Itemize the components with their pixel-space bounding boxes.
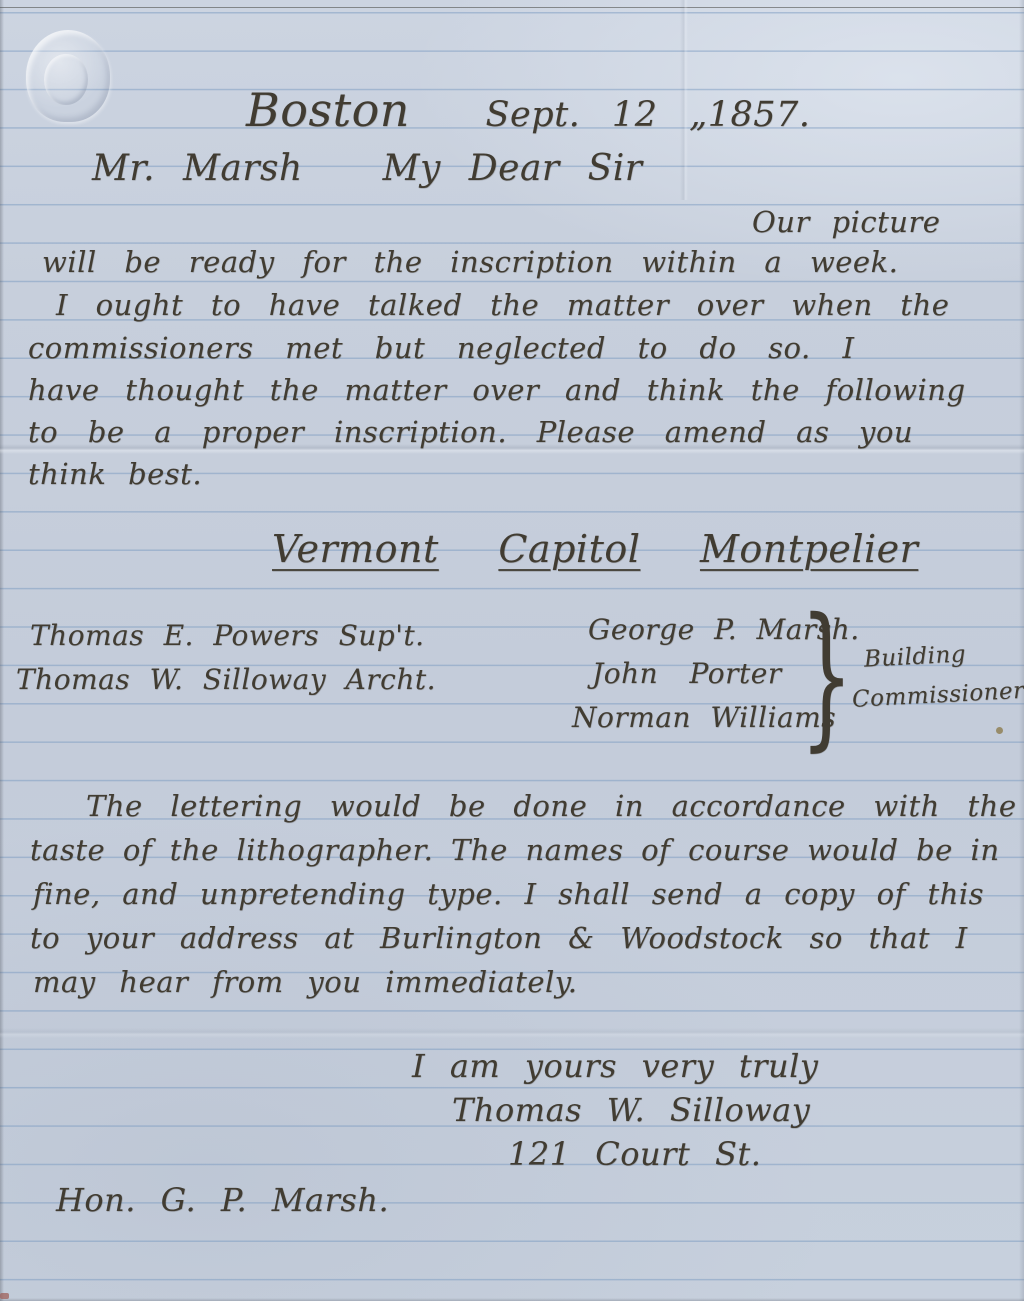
brace-label-commissioners: Commissioners [851, 677, 1024, 713]
closing-signature: Thomas W. Silloway [452, 1092, 810, 1129]
body2-line3: fine, and unpretending type. I shall sen… [33, 878, 984, 911]
body2-line4: to your address at Burlington & Woodstoc… [30, 922, 968, 955]
inscription-word-capitol: Capitol [498, 527, 640, 571]
salutation: Mr. Marsh My Dear Sir [92, 148, 642, 189]
scan-edge-top [0, 0, 1024, 8]
body2-line2: taste of the lithographer. The names of … [30, 834, 1000, 867]
fold-crease-horizontal-lower [0, 1028, 1024, 1038]
dateline: Boston Sept. 12 „1857. [246, 84, 810, 137]
commissioner-williams: Norman Williams [572, 702, 836, 734]
scan-edge-right [1019, 0, 1024, 1301]
body1-line5: have thought the matter over and think t… [28, 374, 966, 407]
closing-line1: I am yours very truly [412, 1048, 818, 1085]
brace-icon: } [800, 598, 853, 753]
closing-address: 121 Court St. [508, 1136, 761, 1173]
body2-line5: may hear from you immediately. [33, 966, 578, 999]
body1-line4: commissioners met but neglected to do so… [28, 332, 854, 365]
letter-page: Boston Sept. 12 „1857. Mr. Marsh My Dear… [0, 0, 1024, 1301]
inscription-title: Vermont Capitol Montpelier [272, 528, 918, 572]
scan-edge-left [0, 0, 4, 1301]
dateline-date: Sept. 12 „1857. [486, 95, 811, 135]
commissioner-porter: John Porter [592, 658, 782, 690]
body1-line6: to be a proper inscription. Please amend… [28, 416, 913, 449]
body2-line1: The lettering would be done in accordanc… [86, 790, 1017, 823]
dateline-place: Boston [246, 83, 410, 137]
body1-line1: Our picture [752, 206, 940, 239]
inscription-word-montpelier: Montpelier [700, 527, 918, 571]
body1-line7: think best. [28, 458, 202, 491]
salutation-greeting: My Dear Sir [383, 148, 643, 189]
brace-label-building: Building [863, 641, 966, 673]
salutation-recipient: Mr. Marsh [92, 148, 303, 189]
official-powers: Thomas E. Powers Sup't. [30, 620, 425, 652]
addressee: Hon. G. P. Marsh. [56, 1182, 389, 1219]
body1-line2: will be ready for the inscription within… [42, 246, 898, 279]
edge-speck [0, 1293, 9, 1299]
body1-line3: I ought to have talked the matter over w… [56, 289, 949, 322]
ink-speck [996, 727, 1003, 734]
official-silloway: Thomas W. Silloway Archt. [16, 664, 436, 696]
inscription-word-vermont: Vermont [272, 527, 439, 571]
embossed-seal-icon [26, 30, 110, 122]
